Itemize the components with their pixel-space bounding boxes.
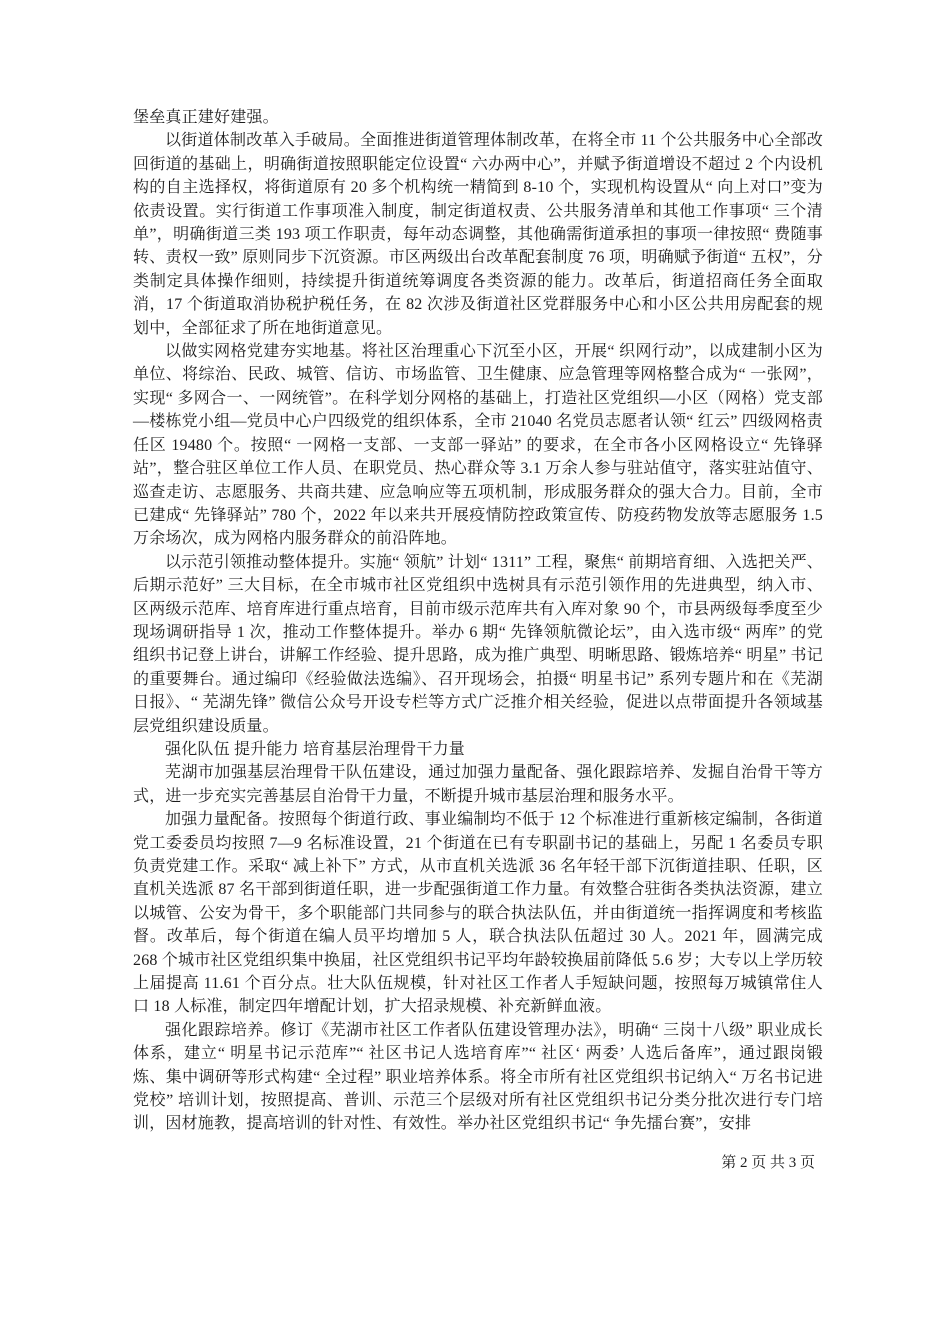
paragraph-street-system-reform: 以街道体制改革入手破局。全面推进街道管理体制改革，在将全市 11 个公共服务中心… <box>133 129 823 340</box>
paragraph-model-leading: 以示范引领推动整体提升。实施“ 领航” 计划“ 1311” 工程，聚焦“ 前期培… <box>133 551 823 738</box>
paragraph-grid-party-building: 以做实网格党建夯实地基。将社区治理重心下沉至小区，开展“ 织网行动”，以成建制小… <box>133 340 823 551</box>
section-heading-strengthen-teams: 强化队伍 提升能力 培育基层治理骨干力量 <box>133 738 823 761</box>
document-body: 堡垒真正建好建强。 以街道体制改革入手破局。全面推进街道管理体制改革，在将全市 … <box>133 106 823 1136</box>
paragraph-staffing-allocation: 加强力量配备。按照每个街道行政、事业编制均不低于 12 个标准进行重新核定编制，… <box>133 808 823 1019</box>
paragraph-backbone-team-intro: 芜湖市加强基层治理骨干队伍建设，通过加强力量配备、强化跟踪培养、发掘自治骨干等方… <box>133 761 823 808</box>
paragraph-tracking-cultivation: 强化跟踪培养。修订《芜湖市社区工作者队伍建设管理办法》，明确“ 三岗十八级” 职… <box>133 1019 823 1136</box>
paragraph-continuation: 堡垒真正建好建强。 <box>133 106 823 129</box>
document-page: 堡垒真正建好建强。 以街道体制改革入手破局。全面推进街道管理体制改革，在将全市 … <box>0 0 950 1344</box>
page-footer: 第 2 页 共 3 页 <box>133 1153 815 1173</box>
